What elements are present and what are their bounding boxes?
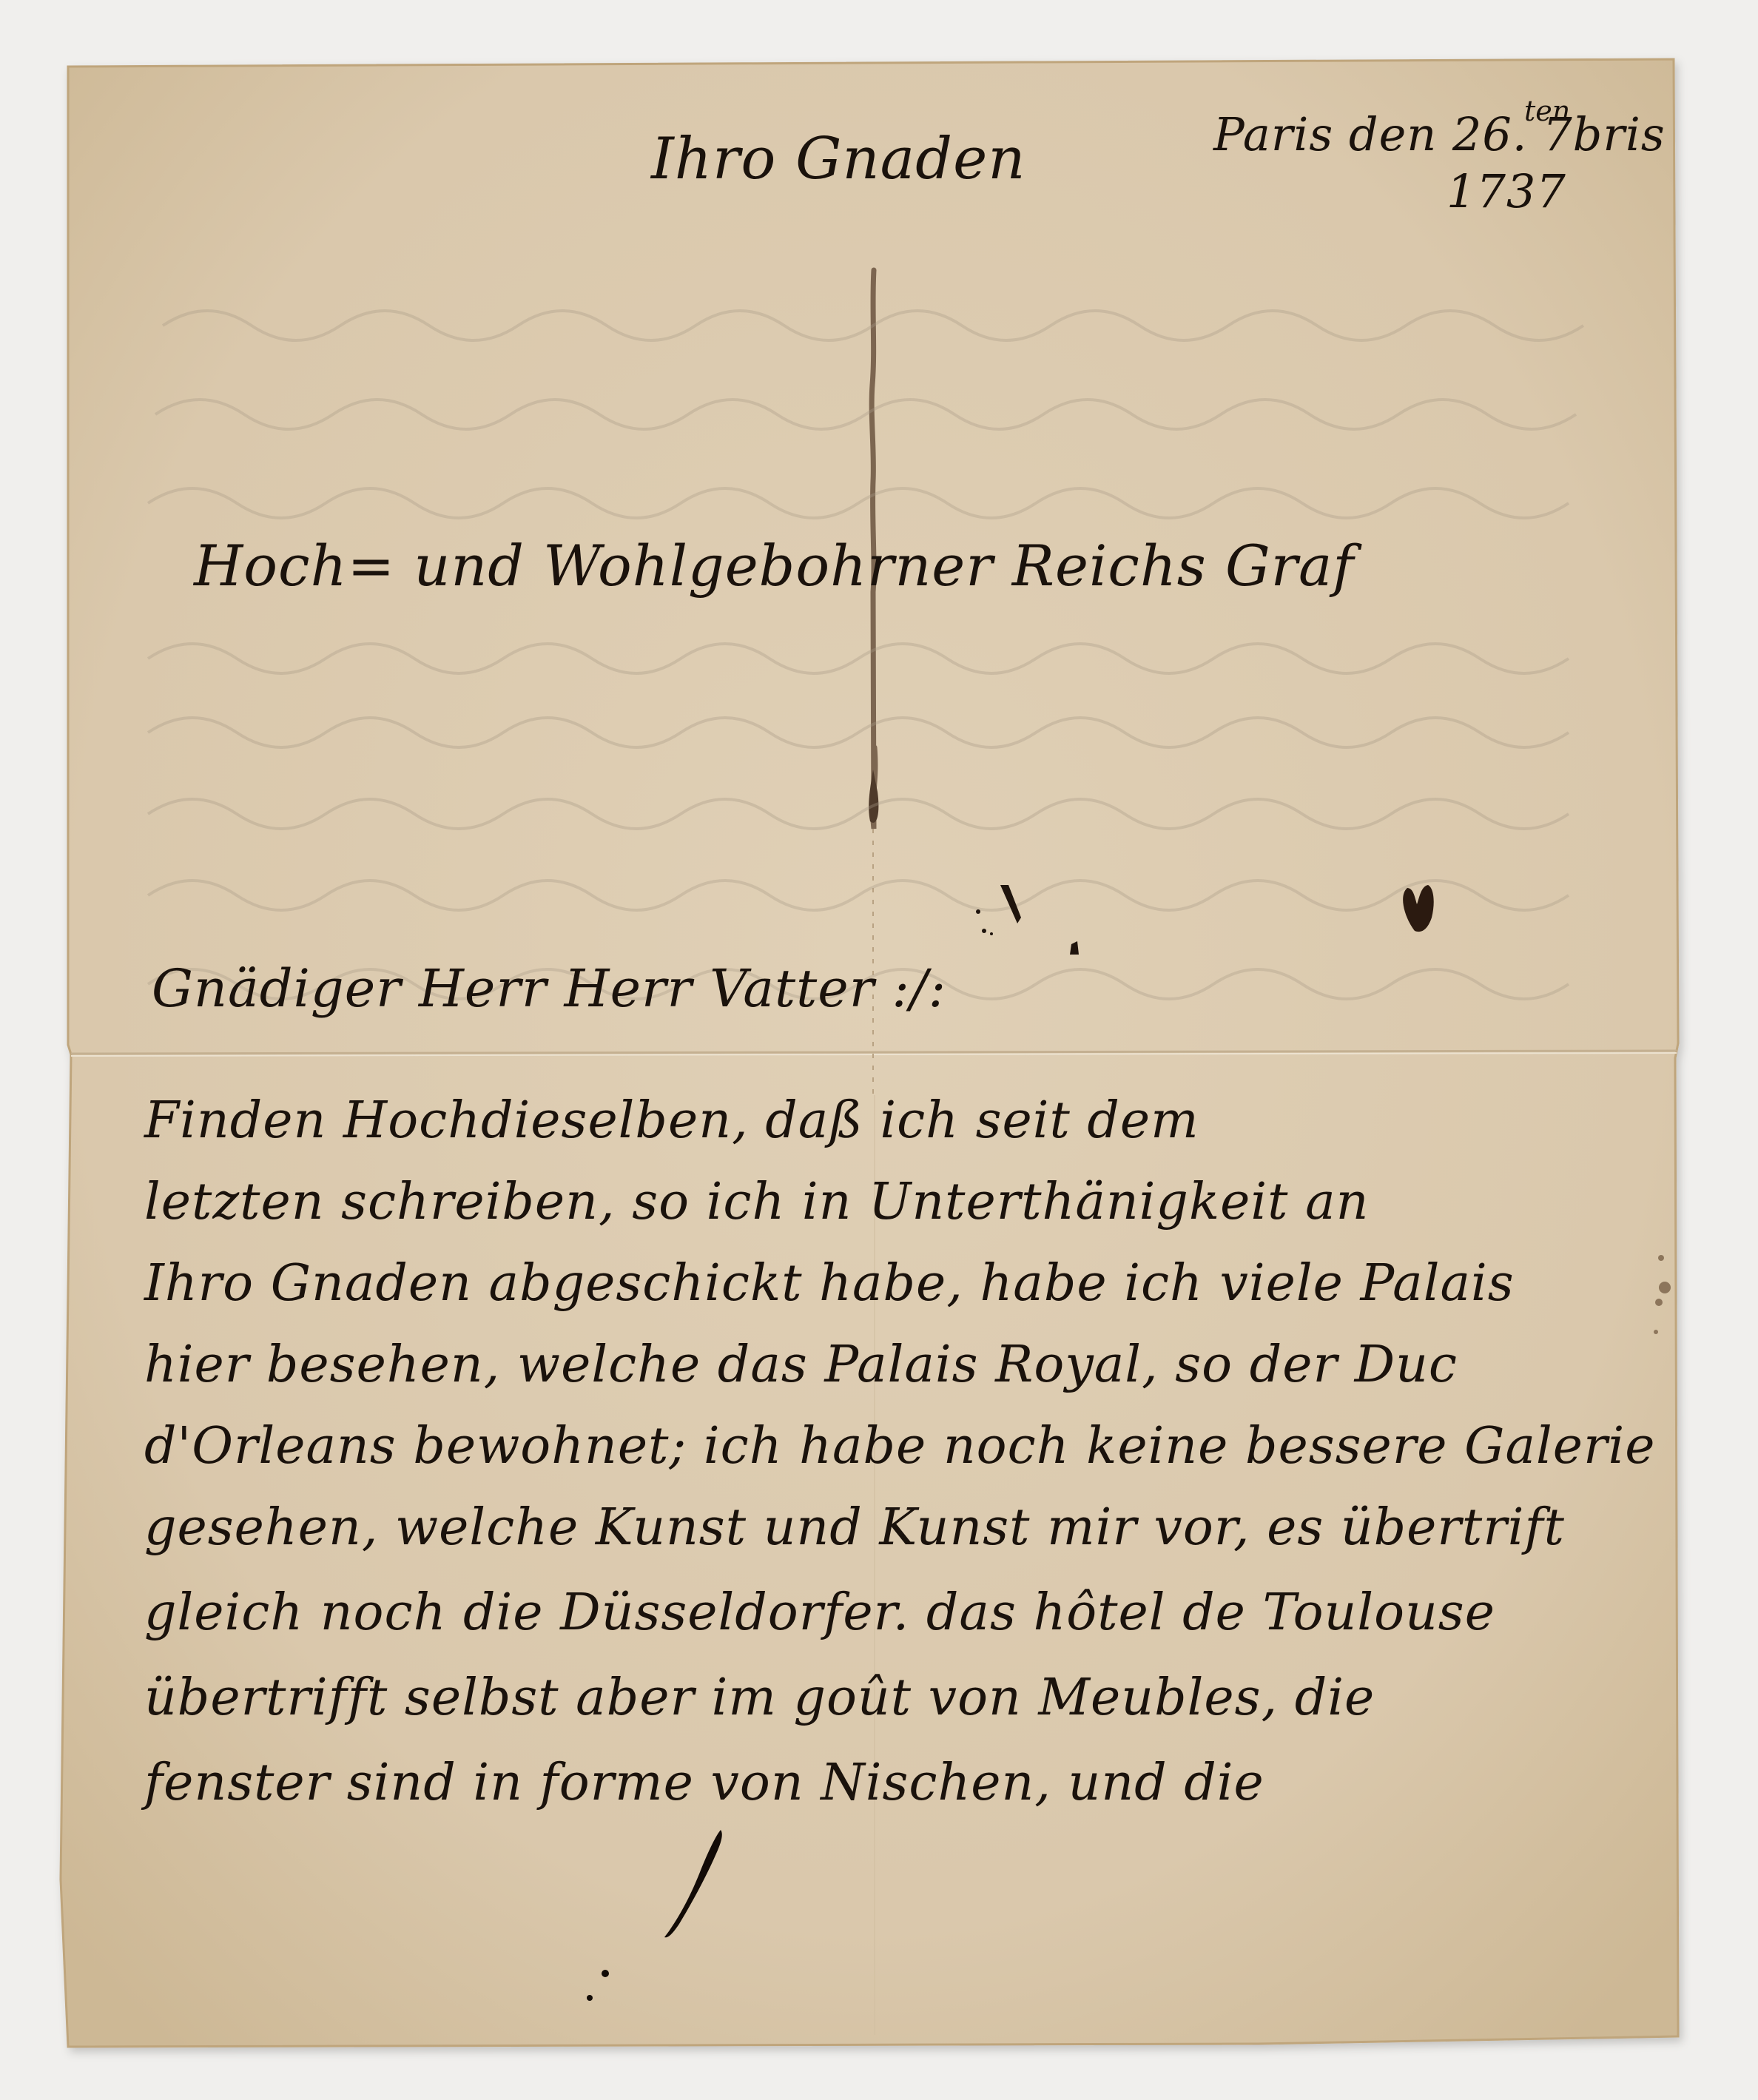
body-line: gesehen, welche Kunst und Kunst mir vor,… — [144, 1498, 1565, 1557]
body-line: Finden Hochdieselben, daß ich seit dem — [144, 1091, 1199, 1150]
body-line: übertrifft selbst aber im goût von Meubl… — [144, 1669, 1375, 1727]
title-address: Hoch= und Wohlgebohrner Reichs Graf — [194, 533, 1354, 599]
body-line: hier besehen, welche das Palais Royal, s… — [144, 1336, 1458, 1394]
place-date-text: Paris den 26. — [1213, 107, 1528, 161]
date-superscript: ten — [1524, 95, 1570, 127]
header-greeting: Ihro Gnaden — [651, 126, 1025, 192]
letter-paper: Ihro Gnaden Paris den 26. 7bris ten 1737… — [0, 0, 1758, 2100]
place-date: Paris den 26. 7bris — [1213, 107, 1666, 161]
body-line: fenster sind in forme von Nischen, und d… — [144, 1754, 1264, 1812]
body-line: letzten schreiben, so ich in Unterthänig… — [144, 1173, 1369, 1231]
salutation: Gnädiger Herr Herr Vatter :/: — [152, 958, 946, 1019]
body-line: Ihro Gnaden abgeschickt habe, habe ich v… — [144, 1254, 1515, 1313]
body-line: d'Orleans bewohnet; ich habe noch keine … — [144, 1417, 1655, 1475]
year: 1737 — [1447, 164, 1566, 218]
body-line: gleich noch die Düsseldorfer. das hôtel … — [144, 1584, 1495, 1642]
